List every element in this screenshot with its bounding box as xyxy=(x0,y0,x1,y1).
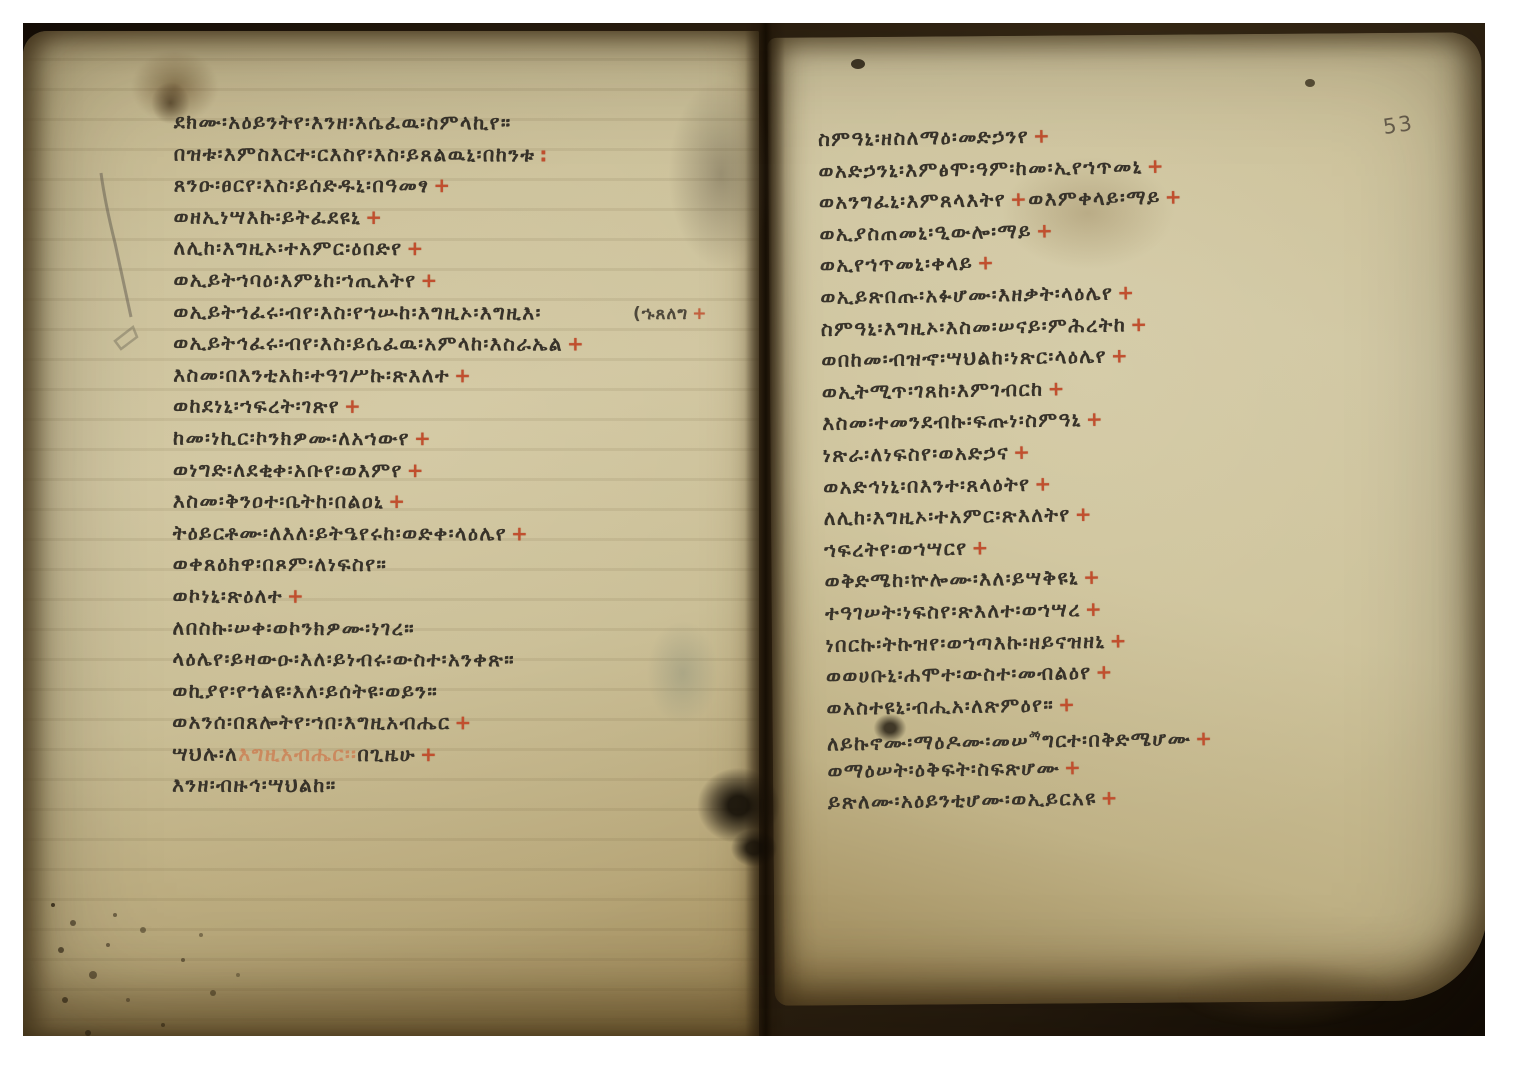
text-line: ወአንግፈኒ፡እምጸላእትየ+ወእምቀላይ፡ማይ+ xyxy=(819,181,1206,218)
text-line: እስመ፡በእንቲአከ፡ተዓገሥኩ፡ጽእለተ+ xyxy=(173,359,585,392)
red-cross-mark: + xyxy=(1081,597,1104,621)
red-cross-mark: + xyxy=(1029,123,1052,147)
text-segment: ተዓገሠት፡ነፍስየ፡ጽእለተ፡ወኀሣረ xyxy=(825,597,1081,625)
red-cross-mark: + xyxy=(283,584,305,608)
red-cross-mark: + xyxy=(1082,407,1105,431)
red-cross-mark: + xyxy=(1043,376,1066,400)
text-segment: ለሊከ፡እግዚኦ፡ተአምር፡ጽእለትየ xyxy=(824,502,1071,530)
red-cross-mark: + xyxy=(1009,440,1032,464)
red-cross-mark: + xyxy=(429,173,451,197)
text-line: ወነግድ፡ለደቂቀ፡አቡየ፡ወእምየ+ xyxy=(173,454,585,487)
red-cross-mark: : xyxy=(535,142,549,166)
text-segment: ወኢይትኀባዕ፡እምኔከ፡ኀጢአትየ xyxy=(173,267,416,292)
text-line: ወኢይትኅፈሩ፡ብየ፡እስ፡ይሴፈዉ፡አምላከ፡እስራኤል+ xyxy=(173,328,585,361)
text-segment: ጸንዑ፡ፀርየ፡እስ፡ይሰድዱኒ፡በዓመፃ xyxy=(174,173,430,198)
text-segment: በዝቱ፡እምስእርተ፡ርእስየ፡እስ፡ይጸልዉኒ፡በከንቱ xyxy=(174,141,536,166)
text-line: ላዕሌየ፡ይዛውዑ፡እለ፡ይነብሩ፡ውስተ፡አንቀጽ። xyxy=(172,644,584,677)
red-cross-mark: + xyxy=(1091,660,1114,684)
text-segment: እግዚአብሔር፡፡ xyxy=(238,742,357,766)
text-segment: ደክሙ፡አዕይንትየ፡እንዘ፡እሴፈዉ፡ስምላኪየ። xyxy=(174,109,512,134)
text-line: ለይኩኖሙ፡ማዕዶሙ፡መሠፙግርተ፡በቅድሜሆሙ+ xyxy=(827,718,1214,755)
marginal-gloss: (ኁጸለግ+ xyxy=(633,299,708,331)
text-line: ሣህሉ፡ለእግዚአብሔር፡፡በጊዜሁ+ xyxy=(172,738,584,771)
red-cross-mark: + xyxy=(967,535,990,559)
text-segment: ለይኩኖሙ፡ማዕዶሙ፡መሠ xyxy=(827,729,1029,756)
text-segment: ወኮነኒ፡ጽዕለተ xyxy=(173,583,283,607)
right-page-text-column: ስምዓኒ፡ዘስለማዕ፡መድኃንየ+ወአድኃንኒ፡እምፅሞ፡ዓም፡ከመ፡ኢየኀጥመ… xyxy=(818,118,1215,819)
text-segment: ሣህሉ፡ለ xyxy=(172,741,238,765)
red-cross-mark: + xyxy=(340,394,362,418)
red-cross-mark: + xyxy=(403,236,425,260)
folio-page-number: 53 xyxy=(1381,111,1415,139)
text-segment: ወአንግፈኒ፡እምጸላእትየ xyxy=(819,187,1006,214)
red-cross-mark: + xyxy=(1054,692,1077,716)
red-cross-mark: + xyxy=(451,710,473,734)
red-cross-mark: + xyxy=(1096,786,1119,810)
red-cross-mark: + xyxy=(973,251,996,275)
text-segment: ስምዓኒ፡እግዚኦ፡እስመ፡ሠናይ፡ምሕረትከ xyxy=(821,312,1127,341)
left-page-text-column: ደክሙ፡አዕይንትየ፡እንዘ፡እሴፈዉ፡ስምላኪየ።በዝቱ፡እምስእርተ፡ርእስ… xyxy=(172,106,586,802)
text-segment: ለበስኩ፡ሠቀ፡ወኮንክዎሙ፡ነገረ። xyxy=(173,615,416,640)
text-segment: ወኢያስጠመኒ፡ዒውሎ፡ማይ xyxy=(819,219,1032,246)
text-segment: ፙ xyxy=(1029,729,1042,743)
text-segment: ወቀጸዕክዋ፡በጾም፡ለነፍስየ። xyxy=(173,552,388,577)
red-cross-mark: + xyxy=(1107,343,1130,367)
text-segment: ግርተ፡በቅድሜሆሙ xyxy=(1042,726,1191,752)
text-segment: ወነግድ፡ለደቂቀ፡አቡየ፡ወእምየ xyxy=(173,457,403,482)
text-line: ወአንሰ፡በጸሎትየ፡ኀበ፡እግዚአብሔር+ xyxy=(172,707,584,740)
text-line: ወቀጸዕክዋ፡በጾም፡ለነፍስየ። xyxy=(173,549,585,582)
text-segment: ወእምቀላይ፡ማይ xyxy=(1028,185,1161,211)
text-segment: ወኢትሚጥ፡ገጸከ፡እምገብርከ xyxy=(822,376,1044,403)
text-segment: ነጽራ፡ለነፍስየ፡ወአድኃና xyxy=(823,440,1010,467)
text-segment: እንዘ፡ብዙኅ፡ሣህልከ። xyxy=(172,773,337,797)
red-cross-mark: + xyxy=(384,489,406,513)
text-segment: ለሊከ፡እግዚኦ፡ተአምር፡ዕበድየ xyxy=(174,236,403,261)
text-line: ጸንዑ፡ፀርየ፡እስ፡ይሰድዱኒ፡በዓመፃ+ xyxy=(174,170,586,203)
text-segment: ወአድኃንኒ፡እምፅሞ፡ዓም፡ከመ፡ኢየኀጥመኒ xyxy=(818,154,1143,183)
red-cross-mark: + xyxy=(688,304,707,324)
text-line: ወከደነኒ፡ኀፍረት፡ገጽየ+ xyxy=(173,391,585,424)
text-line: ወዘኢነሣእኩ፡ይትፈደዩኒ+ xyxy=(174,201,586,234)
text-segment: ወከደነኒ፡ኀፍረት፡ገጽየ xyxy=(173,394,340,418)
text-segment: ይጽለሙ፡አዕይንቲሆሙ፡ወኢይርአዩ xyxy=(828,786,1097,814)
text-line: ወኮነኒ፡ጽዕለተ+ xyxy=(173,580,585,613)
text-segment: ወአድኅነኒ፡በእንተ፡ጸላዕትየ xyxy=(823,471,1030,498)
text-segment: እስመ፡ተመንደብኩ፡ፍጡነ፡ስምዓኒ xyxy=(822,407,1082,435)
red-cross-mark: + xyxy=(1060,755,1083,779)
text-segment: ወአስተዩኒ፡ብሒአ፡ለጽምዕየ። xyxy=(826,692,1054,719)
text-line: ከመ፡ነኪር፡ኮንክዎሙ፡ለአኀውየ+ xyxy=(173,422,585,455)
red-cross-mark: + xyxy=(1032,218,1055,242)
text-line: እስመ፡ቅንዐተ፡ቤትከ፡በልዐኒ+ xyxy=(173,486,585,519)
red-cross-mark: + xyxy=(507,521,529,545)
text-line: እንዘ፡ብዙኅ፡ሣህልከ። xyxy=(172,770,584,803)
red-cross-mark: + xyxy=(1191,726,1214,750)
text-segment: ወቅድሜከ፡ኵሎሙ፡እለ፡ይሣቅዩኒ xyxy=(824,565,1079,593)
red-cross-mark: + xyxy=(1105,628,1128,652)
red-cross-mark: + xyxy=(1126,312,1149,336)
manuscript-photo: ደክሙ፡አዕይንትየ፡እንዘ፡እሴፈዉ፡ስምላኪየ።በዝቱ፡እምስእርተ፡ርእስ… xyxy=(23,23,1485,1036)
text-segment: ወኢይትኅፈሩ፡ብየ፡እስ፡ይሴፈዉ፡አምላከ፡እስራኤል xyxy=(173,331,563,356)
text-segment: ላዕሌየ፡ይዛውዑ፡እለ፡ይነብሩ፡ውስተ፡አንቀጽ። xyxy=(172,647,515,672)
text-segment: ስምዓኒ፡ዘስለማዕ፡መድኃንየ xyxy=(818,124,1029,151)
red-cross-mark: + xyxy=(1071,502,1094,526)
text-segment: (ኁጸለግ xyxy=(633,304,688,324)
text-line: ትዕይርቶሙ፡ለእለ፡ይትዔየሩከ፡ወድቀ፡ላዕሌየ+ xyxy=(173,517,585,550)
red-cross-mark: + xyxy=(1006,187,1029,211)
red-cross-mark: + xyxy=(1143,153,1166,177)
red-cross-mark: + xyxy=(361,205,383,229)
text-segment: ወዘኢነሣእኩ፡ይትፈደዩኒ xyxy=(174,204,362,228)
text-segment: ወአንሰ፡በጸሎትየ፡ኀበ፡እግዚአብሔር xyxy=(172,710,450,735)
text-line: ደክሙ፡አዕይንትየ፡እንዘ፡እሴፈዉ፡ስምላኪየ። xyxy=(174,106,586,139)
red-cross-mark: + xyxy=(563,332,585,356)
text-line: በዝቱ፡እምስእርተ፡ርእስየ፡እስ፡ይጸልዉኒ፡በከንቱ: xyxy=(174,138,586,171)
text-segment: ወኪያየ፡የኀልዩ፡እለ፡ይሰትዩ፡ወይን። xyxy=(172,678,438,703)
red-cross-mark: + xyxy=(1113,280,1136,304)
text-segment: ነበርኩ፡ትኩዝየ፡ወኀጣእኩ፡ዘይናዝዘኒ xyxy=(825,628,1105,656)
text-segment: ወማዕሠት፡ዕቅፍት፡ስፍጽሆሙ xyxy=(827,755,1060,782)
text-segment: እስመ፡ቅንዐተ፡ቤትከ፡በልዐኒ xyxy=(173,489,384,514)
text-segment: ወበከመ፡ብዝኆ፡ሣህልከ፡ነጽር፡ላዕሌየ xyxy=(821,344,1107,372)
red-cross-mark: + xyxy=(1079,565,1102,589)
text-line: ወኢይትኀፈሩ፡ብየ፡እስ፡የኀሡከ፡እግዚኦ፡እግዚእ፡ xyxy=(173,296,585,329)
red-cross-mark: + xyxy=(1161,185,1184,209)
book-gutter-binding xyxy=(745,23,785,1036)
text-line: ለበስኩ፡ሠቀ፡ወኮንክዎሙ፡ነገረ። xyxy=(173,612,585,645)
text-segment: ከመ፡ነኪር፡ኮንክዎሙ፡ለአኀውየ xyxy=(173,425,410,450)
red-cross-mark: + xyxy=(416,268,438,292)
text-segment: ትዕይርቶሙ፡ለእለ፡ይትዔየሩከ፡ወድቀ፡ላዕሌየ xyxy=(173,520,507,545)
text-line: ወኢይትኀባዕ፡እምኔከ፡ኀጢአትየ+ xyxy=(173,264,585,297)
text-line: (ኁጸለግ+ xyxy=(633,299,708,331)
text-segment: ኀፍረትየ፡ወኀሣርየ xyxy=(824,535,968,561)
red-cross-mark: + xyxy=(403,458,425,482)
red-cross-mark: + xyxy=(410,426,432,450)
text-segment: ወኢይጽበጡ፡አፉሆሙ፡እዘቃት፡ላዕሌየ xyxy=(820,281,1113,309)
red-cross-mark: + xyxy=(450,363,472,387)
text-segment: ወኢይትኀፈሩ፡ብየ፡እስ፡የኀሡከ፡እግዚኦ፡እግዚእ፡ xyxy=(173,299,542,324)
text-line: ወኪያየ፡የኀልዩ፡እለ፡ይሰትዩ፡ወይን። xyxy=(172,675,584,708)
text-segment: በጊዜሁ xyxy=(357,742,416,766)
text-line: ይጽለሙ፡አዕይንቲሆሙ፡ወኢይርአዩ+ xyxy=(828,782,1215,819)
text-segment: እስመ፡በእንቲአከ፡ተዓገሥኩ፡ጽእለተ xyxy=(173,362,450,387)
text-segment: ወወሀቡኒ፡ሐሞተ፡ውስተ፡መብልዕየ xyxy=(826,660,1092,688)
text-line: ለሊከ፡እግዚኦ፡ተአምር፡ዕበድየ+ xyxy=(173,233,585,266)
red-cross-mark: + xyxy=(1030,471,1053,495)
red-cross-mark: + xyxy=(416,742,438,766)
text-segment: ወኢየኀጥመኒ፡ቀላይ xyxy=(820,251,974,277)
